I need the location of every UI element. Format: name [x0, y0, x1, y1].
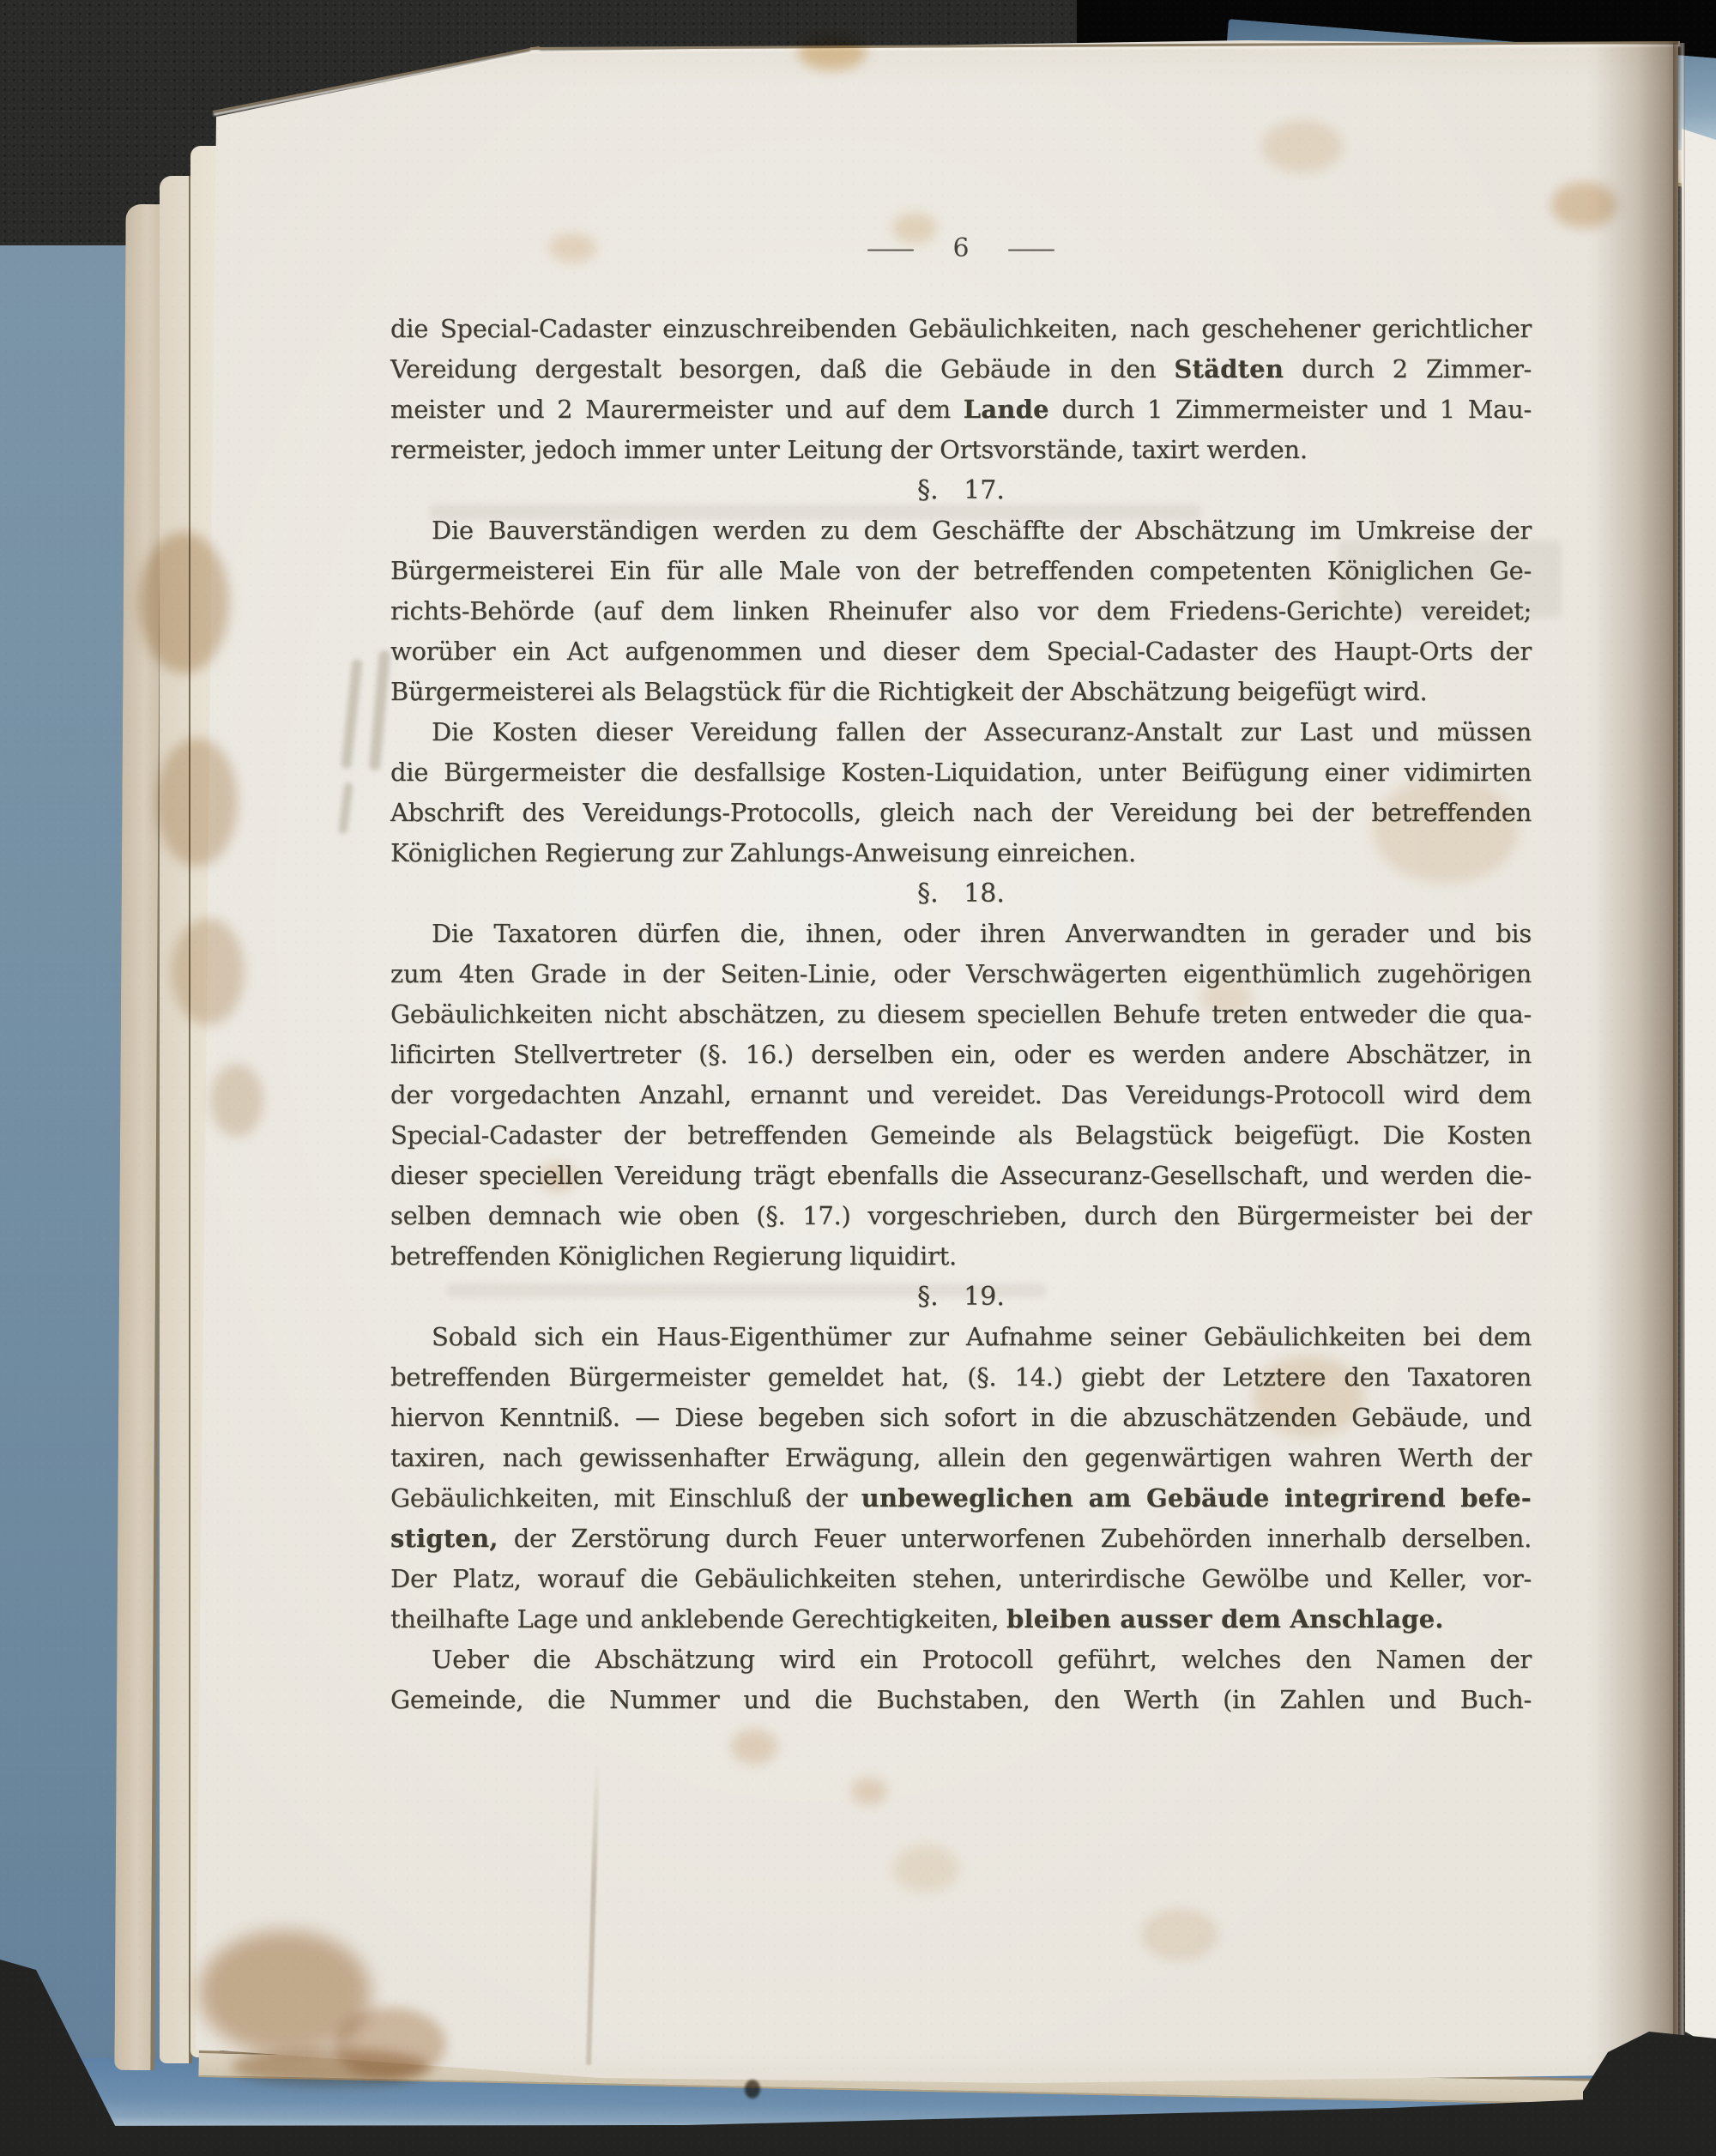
text-line: Bürgermeisterei als Belagstück für die R… [390, 672, 1532, 712]
text-line: Special-Cadaster der betreffenden Gemein… [390, 1115, 1532, 1156]
text-line: Vereidung dergestalt besorgen, daß die G… [390, 349, 1532, 390]
text-line: betreffenden Königlichen Regierung liqui… [390, 1236, 1532, 1277]
section-heading-18: §. 18. [390, 873, 1532, 914]
text-line: Die Bauverständigen werden zu dem Geschä… [390, 510, 1532, 551]
stain [1253, 1356, 1364, 1437]
text-line: Ueber die Abschätzung wird ein Protocoll… [390, 1640, 1532, 1680]
stain [1373, 776, 1519, 884]
stain [139, 532, 229, 673]
text-line: Gebäulichkeiten, mit Einschluß der unbew… [390, 1478, 1532, 1519]
page-stack-edge [160, 176, 192, 2063]
text-line: die Bürgermeister die desfallsige Kosten… [390, 752, 1532, 793]
text-line: Die Taxatoren dürfen die, ihnen, oder ih… [390, 914, 1532, 954]
stain [731, 1729, 777, 1765]
text-line: selben demnach wie oben (§. 17.) vorgesc… [390, 1196, 1532, 1236]
ink-speck [745, 2080, 760, 2099]
page-number: 6 [952, 233, 969, 263]
section-heading-17: §. 17. [390, 470, 1532, 510]
text-line: meister und 2 Maurermeister und auf dem … [390, 390, 1532, 430]
stain [539, 1163, 577, 1191]
text-line: Sobald sich ein Haus-Eigenthümer zur Auf… [390, 1317, 1532, 1357]
header-dash-right: — [1006, 234, 1056, 263]
text-line: rermeister, jedoch immer unter Leitung d… [390, 430, 1532, 470]
text-line: Der Platz, worauf die Gebäulichkeiten st… [390, 1559, 1532, 1599]
gutter-crease [1673, 43, 1685, 2076]
text-line: Gebäulichkeiten nicht abschätzen, zu die… [390, 994, 1532, 1035]
text-line: taxiren, nach gewissenhafter Erwägung, a… [390, 1438, 1532, 1478]
stain [1199, 978, 1253, 1018]
stain [892, 1845, 959, 1893]
text-line: Königlichen Regierung zur Zahlungs-Anwei… [390, 833, 1532, 873]
text-line: die Special-Cadaster einzuschreibenden G… [390, 309, 1532, 349]
text-line: richts-Behörde (auf dem linken Rheinufer… [390, 591, 1532, 631]
stain [851, 1778, 887, 1805]
text-line: der vorgedachten Anzahl, ernannt und ver… [390, 1075, 1532, 1115]
stain [210, 1064, 263, 1137]
stain [549, 233, 596, 263]
text-line: Abschrift des Vereidungs-Protocolls, gle… [390, 793, 1532, 833]
text-line: theilhafte Lage und anklebende Gerechtig… [390, 1599, 1532, 1640]
stain [892, 213, 937, 244]
text-line: Gemeinde, die Nummer und die Buchstaben,… [390, 1680, 1532, 1720]
text-block: die Special-Cadaster einzuschreibenden G… [390, 309, 1532, 1720]
stain [798, 34, 867, 70]
text-line: zum 4ten Grade in der Seiten-Linie, oder… [390, 954, 1532, 994]
stain [156, 738, 238, 867]
section-heading-19: §. 19. [390, 1277, 1532, 1317]
stain [172, 918, 245, 1025]
text-line: lificirten Stellvertreter (§. 16.) derse… [390, 1035, 1532, 1075]
stain [232, 2049, 429, 2085]
text-line: Die Kosten dieser Vereidung fallen der A… [390, 712, 1532, 752]
book-scan: — 6 — die Special-Cadaster einzuschreibe… [0, 0, 1716, 2156]
gutter-shadow [1586, 41, 1678, 2076]
stain [1141, 1909, 1218, 1960]
text-line: stigten, der Zerstörung durch Feuer unte… [390, 1519, 1532, 1559]
text-line: worüber ein Act aufgenommen und dieser d… [390, 631, 1532, 672]
text-line: Bürgermeisterei Ein für alle Male von de… [390, 551, 1532, 591]
stain [1551, 182, 1616, 228]
stain [1261, 120, 1343, 173]
